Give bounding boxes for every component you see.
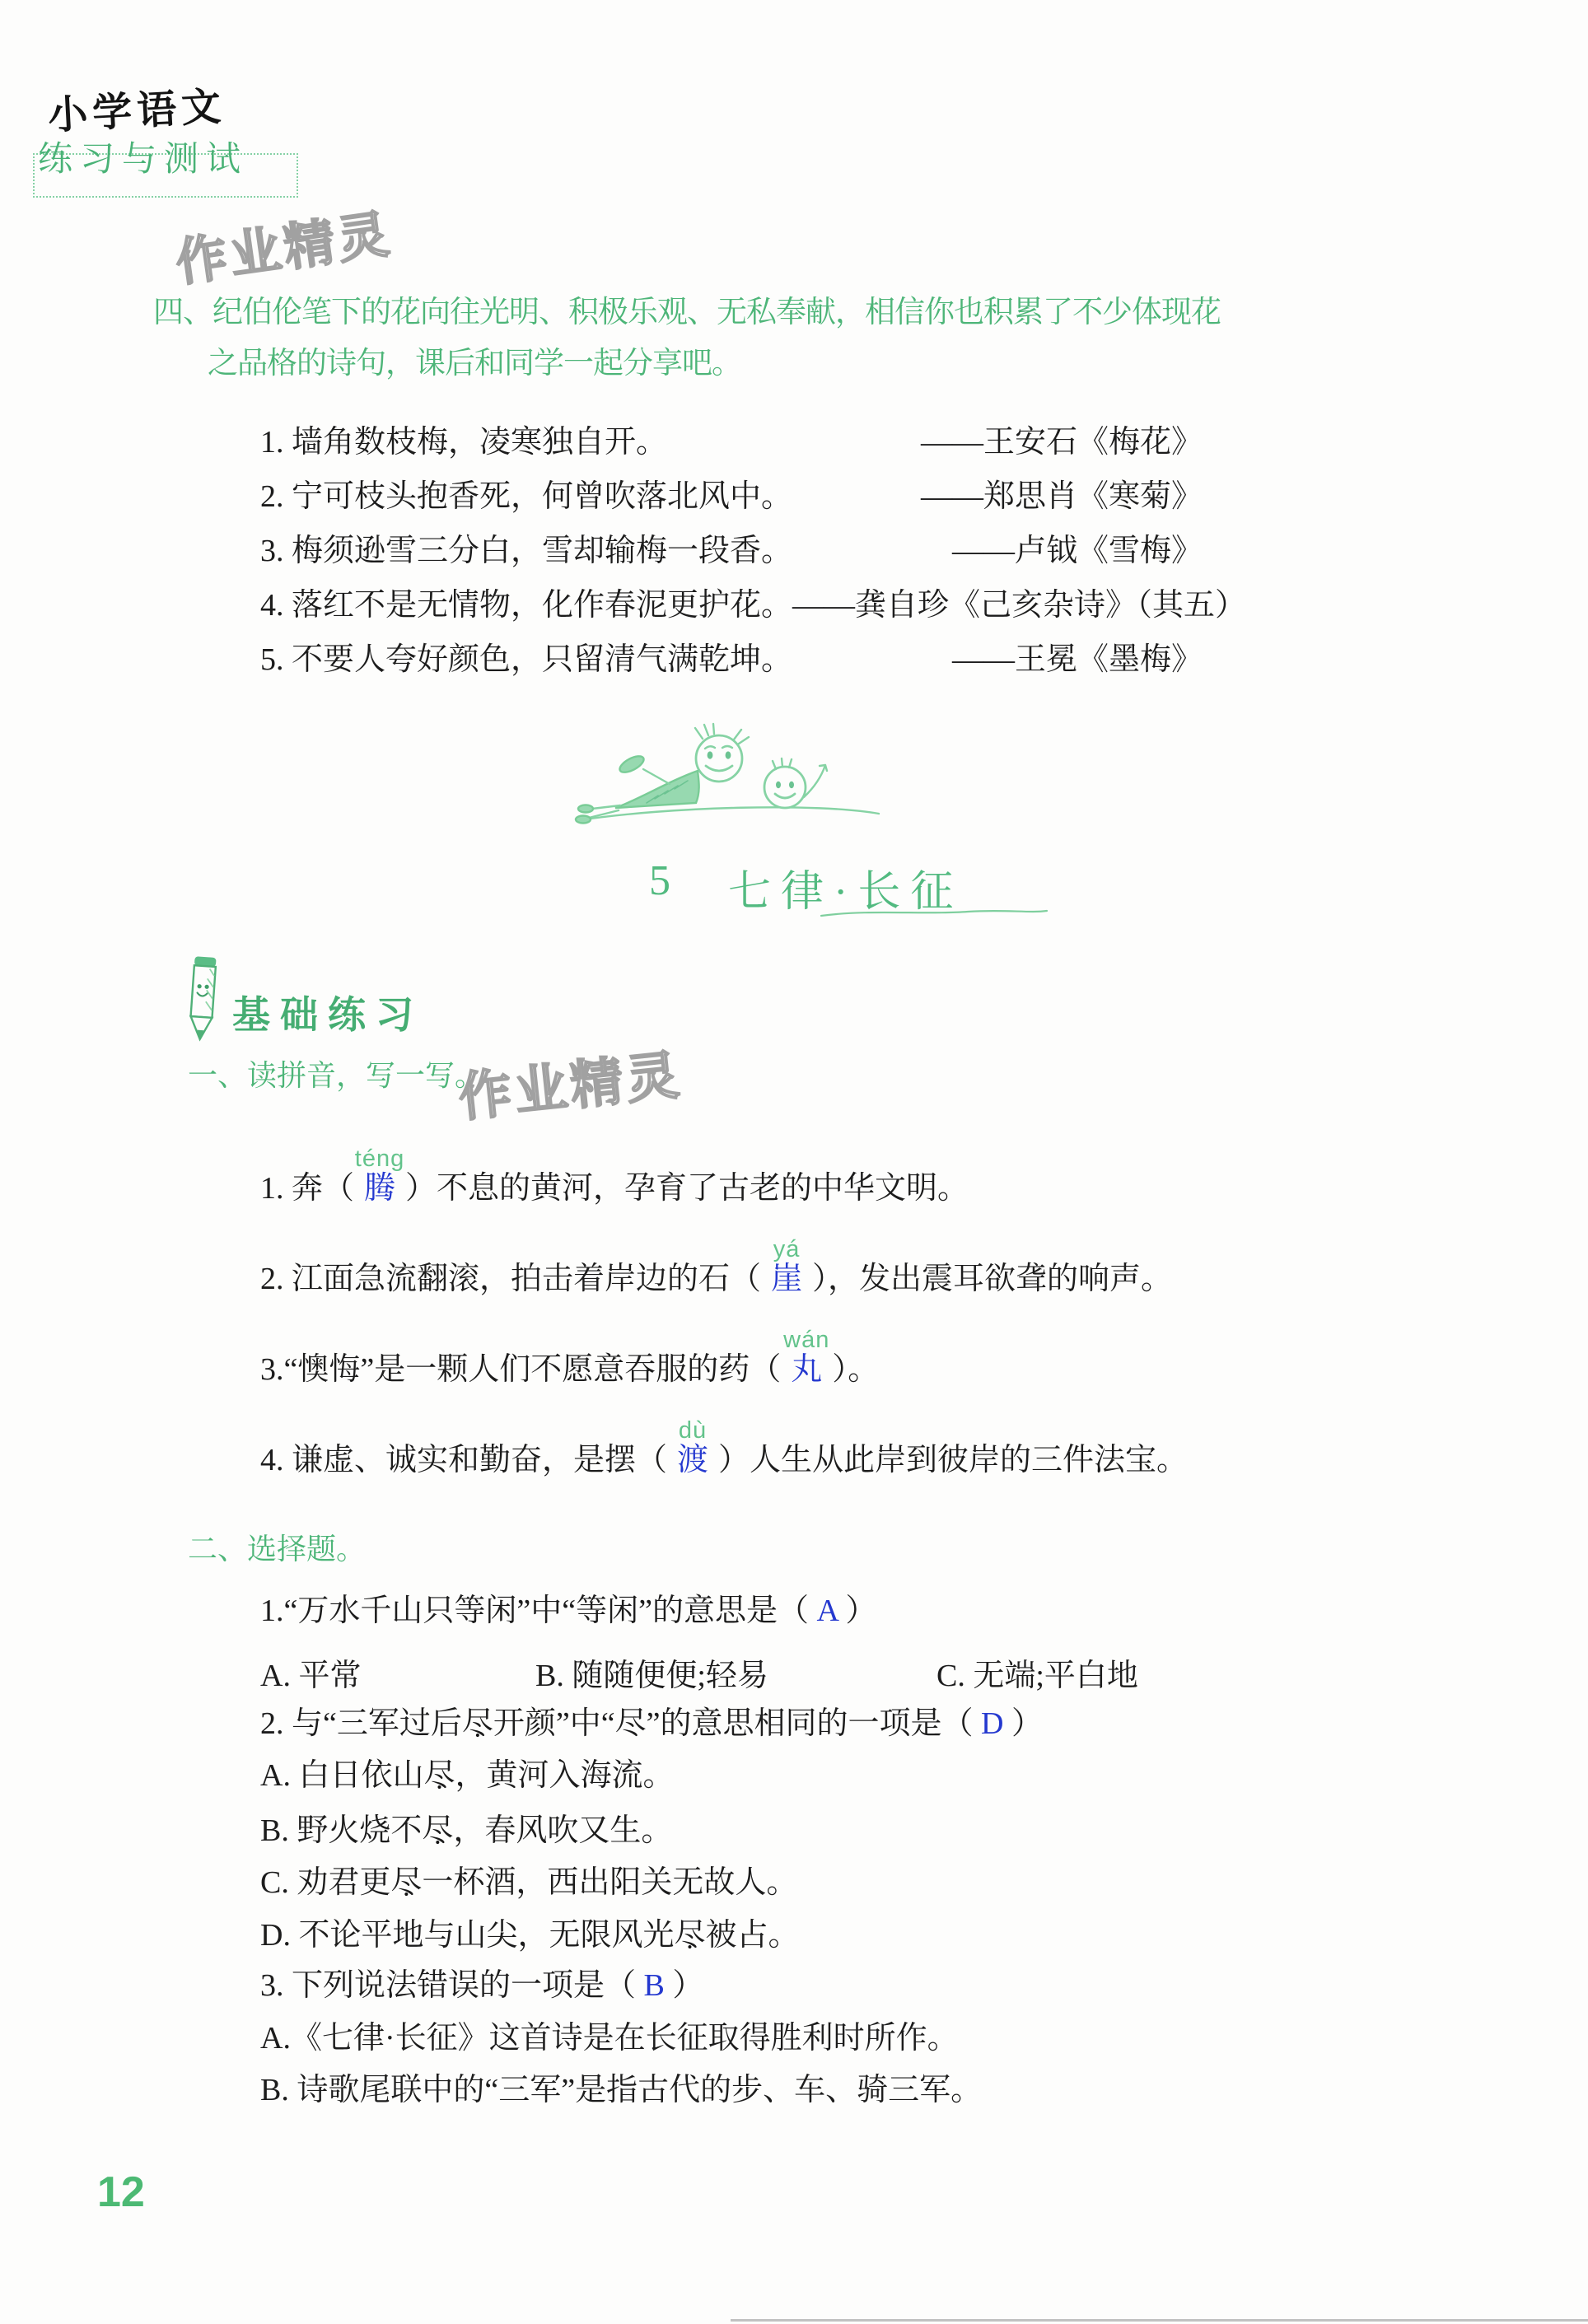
option-text: 一杯酒，西出阳关无故人。	[422, 1865, 797, 1900]
question-3-option-b: B. 诗歌尾联中的“三军”是指古代的步、车、骑三军。	[260, 2071, 982, 2109]
poem-row: 5. 不要人夸好颜色，只留清气满乾坤。 ——王冕《墨梅》	[260, 642, 1203, 678]
scan-artifact	[731, 2319, 1588, 2322]
stem-text: 2. 与“三军过后	[260, 1706, 462, 1741]
poem-row: 3. 梅须逊雪三分白，雪却输梅一段香。 ——卢钺《雪梅》	[260, 533, 1203, 569]
option-text: B. 野火烧不	[260, 1813, 422, 1848]
item-text-post: ）。	[832, 1352, 879, 1387]
answer-blank: yá崖	[761, 1260, 812, 1298]
item-text-pre: 1. 奔（	[260, 1171, 354, 1206]
item-text-post: ）人生从此岸到彼岸的三件法宝。	[718, 1443, 1188, 1477]
watermark-text: 作业精灵	[455, 1033, 685, 1132]
question-2-option-c: C. 劝君更尽一杯酒，西出阳关无故人。	[260, 1864, 797, 1902]
pinyin-item: 3.“懊悔”是一颗人们不愿意吞服的药（wán丸）。	[260, 1351, 879, 1388]
stem-text: ）	[1003, 1706, 1043, 1741]
poem-source: ——王安石《梅花》	[921, 424, 1203, 460]
pinyin-item: 1. 奔（téng腾）不息的黄河，孕育了古老的中华文明。	[260, 1169, 969, 1207]
page-number: 12	[97, 2168, 145, 2217]
section1-heading: 一、读拼音，写一写。	[188, 1052, 484, 1094]
pinyin-item: 4. 谦虚、诚实和勤奋，是摆（dù渡）人生从此岸到彼岸的三件法宝。	[260, 1441, 1188, 1479]
poem-text: 4. 落红不是无情物，化作春泥更护花。	[260, 587, 792, 623]
section2-heading: 二、选择题。	[188, 1526, 366, 1568]
answer-blank: dù渡	[667, 1441, 718, 1479]
question-2-option-a: A. 白日依山尽，黄河入海流。	[260, 1757, 674, 1794]
option-text: 被占。	[705, 1918, 799, 1953]
question-1-stem: 1.“万水千山只等闲”中“等闲”的意思是（ A ）	[260, 1592, 876, 1630]
poem-source: ——龚自珍《己亥杂诗》（其五）	[792, 587, 1246, 623]
stem-text: 开颜”中“尽”的意思相同的一项是（	[493, 1706, 981, 1741]
watermark-text: 作业精灵	[170, 193, 396, 296]
poem-text: 3. 梅须逊雪三分白，雪却输梅一段香。	[260, 533, 792, 569]
option-text: ，春风吹又生。	[453, 1813, 672, 1848]
answer-letter: A	[816, 1594, 837, 1628]
item-text-pre: 4. 谦虚、诚实和勤奋，是摆（	[260, 1443, 667, 1477]
emphasized-character: 尽	[674, 1916, 705, 1954]
basic-practice-header: 基础练习	[232, 985, 423, 1039]
poem-text: 1. 墙角数枝梅，凌寒独自开。	[260, 424, 667, 460]
poem-row: 1. 墙角数枝梅，凌寒独自开。 ——王安石《梅花》	[260, 424, 1203, 460]
item-text-pre: 3.“懊悔”是一颗人们不愿意吞服的药（	[260, 1352, 781, 1387]
question-2-stem: 2. 与“三军过后尽开颜”中“尽”的意思相同的一项是（ D ）	[260, 1705, 1043, 1743]
option-b: B. 随随便便;轻易	[535, 1650, 768, 1695]
question-2-option-d: D. 不论平地与山尖，无限风光尽被占。	[260, 1916, 799, 1954]
poem-source: ——郑思肖《寒菊》	[921, 478, 1203, 515]
title-underline	[820, 906, 1050, 921]
pinyin-label: yá	[773, 1230, 801, 1268]
poem-source: ——卢钺《雪梅》	[952, 533, 1203, 569]
question-3-option-a: A.《七律·长征》这首诗是在长征取得胜利时所作。	[260, 2019, 959, 2057]
item-text-post: ），发出震耳欲聋的响声。	[812, 1262, 1172, 1296]
answer-letter: D	[981, 1706, 1003, 1741]
option-text: C. 劝君更	[260, 1865, 390, 1900]
pinyin-item: 2. 江面急流翻滚，拍击着岸边的石（yá崖），发出震耳欲聋的响声。	[260, 1260, 1172, 1298]
poem-row: 4. 落红不是无情物，化作春泥更护花。 ——龚自珍《己亥杂诗》（其五）	[260, 587, 1203, 623]
pinyin-label: téng	[355, 1140, 404, 1178]
lesson-number: 5	[649, 856, 670, 905]
option-c: C. 无端;平白地	[936, 1650, 1138, 1695]
emphasized-character: 尽	[422, 1812, 453, 1850]
option-text: ，黄河入海流。	[455, 1758, 674, 1793]
poem-text: 5. 不要人夸好颜色，只留清气满乾坤。	[260, 642, 792, 678]
item-text-post: ）不息的黄河，孕育了古老的中华文明。	[405, 1171, 969, 1206]
logo-title: 小学语文	[46, 74, 227, 140]
stem-text: ）	[665, 1968, 704, 2003]
poem-row: 2. 宁可枝头抱香死，何曾吹落北风中。 ——郑思肖《寒菊》	[260, 478, 1203, 515]
children-illustration-icon	[572, 721, 885, 841]
logo-subtitle: 练习与测试	[38, 132, 248, 181]
pinyin-label: dù	[679, 1412, 707, 1449]
question-3-stem: 3. 下列说法错误的一项是（ B ）	[260, 1967, 703, 2004]
option-text: D. 不论平地与山尖，无限风光	[260, 1918, 674, 1953]
option-text: A. 白日依山	[260, 1758, 423, 1793]
stem-text: 3. 下列说法错误的一项是（	[260, 1968, 644, 2003]
pinyin-label: wán	[783, 1321, 829, 1359]
emphasized-character: 尽	[423, 1757, 455, 1794]
question-2-option-b: B. 野火烧不尽，春风吹又生。	[260, 1812, 672, 1850]
answer-letter: B	[644, 1968, 665, 2003]
answer-blank: téng腾	[354, 1169, 405, 1207]
option-a: A. 平常	[260, 1650, 361, 1695]
question-1-options: A. 平常 B. 随随便便;轻易 C. 无端;平白地	[260, 1650, 1249, 1691]
pencil-icon	[183, 955, 222, 1044]
answer-blank: wán丸	[781, 1351, 832, 1388]
section4-heading-line2: 之品格的诗句，课后和同学一起分享吧。	[208, 338, 741, 382]
emphasized-character: 尽	[390, 1864, 422, 1902]
workbook-page: 小学语文 练习与测试 作业精灵 作业精灵 四、纪伯伦笔下的花向往光明、积极乐观、…	[0, 0, 1588, 2324]
section4-heading-line1: 四、纪伯伦笔下的花向往光明、积极乐观、无私奉献，相信你也积累了不少体现花	[153, 287, 1221, 331]
poem-text: 2. 宁可枝头抱香死，何曾吹落北风中。	[260, 478, 792, 515]
emphasized-character: 尽	[462, 1705, 493, 1743]
item-text-pre: 2. 江面急流翻滚，拍击着岸边的石（	[260, 1262, 761, 1296]
poem-source: ——王冕《墨梅》	[952, 642, 1203, 678]
stem-text: ）	[838, 1594, 877, 1628]
stem-text: 1.“万水千山只等闲”中“等闲”的意思是（	[260, 1594, 816, 1628]
